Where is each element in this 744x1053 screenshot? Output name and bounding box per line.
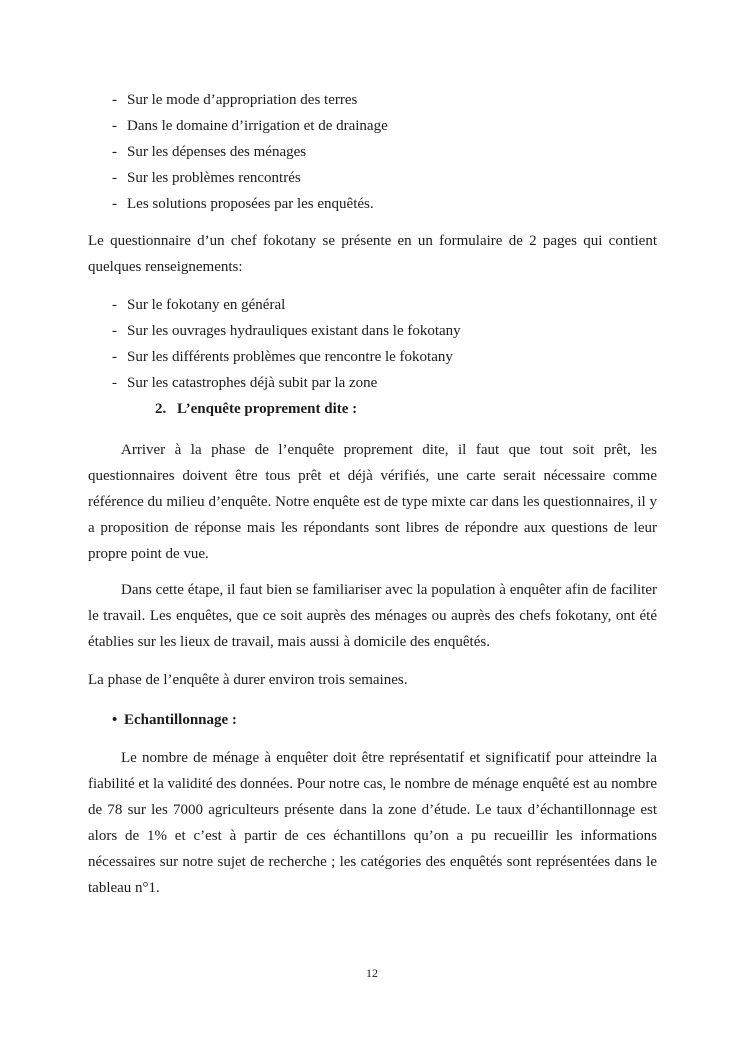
questionnaire-topics-list: - Sur le mode d’appropriation des terres… (88, 87, 657, 217)
page-number: 12 (0, 965, 744, 981)
list-item-text: Sur les dépenses des ménages (127, 139, 306, 165)
dash-marker: - (112, 113, 127, 139)
fokotany-info-list: - Sur le fokotany en général - Sur les o… (88, 292, 657, 396)
list-item-text: Sur les différents problèmes que rencont… (127, 344, 453, 370)
paragraph-questionnaire: Le questionnaire d’un chef fokotany se p… (88, 228, 657, 280)
list-item-text: Sur les catastrophes déjà subit par la z… (127, 370, 377, 396)
section-number: 2. (155, 396, 177, 422)
paragraph-arriver: Arriver à la phase de l’enquête propreme… (88, 437, 657, 567)
document-page: - Sur le mode d’appropriation des terres… (0, 0, 744, 1053)
dash-marker: - (112, 165, 127, 191)
list-item: - Sur les problèmes rencontrés (88, 165, 657, 191)
list-item-text: Les solutions proposées par les enquêtés… (127, 191, 374, 217)
heading-title: Echantillonnage : (124, 712, 237, 728)
list-item: - Sur le mode d’appropriation des terres (88, 87, 657, 113)
list-item-text: Sur les ouvrages hydrauliques existant d… (127, 318, 461, 344)
dash-marker: - (112, 344, 127, 370)
list-item: - Les solutions proposées par les enquêt… (88, 191, 657, 217)
paragraph-la-phase: La phase de l’enquête à durer environ tr… (88, 667, 657, 693)
section-heading-enquete: 2.L’enquête proprement dite : (155, 396, 657, 422)
dash-marker: - (112, 292, 127, 318)
list-item: - Sur les catastrophes déjà subit par la… (88, 370, 657, 396)
dash-marker: - (112, 370, 127, 396)
section-title: L’enquête proprement dite : (177, 401, 357, 417)
paragraph-dans-etape: Dans cette étape, il faut bien se famili… (88, 577, 657, 655)
list-item: - Sur les dépenses des ménages (88, 139, 657, 165)
list-item: - Dans le domaine d’irrigation et de dra… (88, 113, 657, 139)
list-item: - Sur les ouvrages hydrauliques existant… (88, 318, 657, 344)
list-item-text: Sur le mode d’appropriation des terres (127, 87, 357, 113)
dash-marker: - (112, 87, 127, 113)
heading-echantillonnage: •Echantillonnage : (112, 707, 657, 733)
list-item-text: Sur les problèmes rencontrés (127, 165, 301, 191)
list-item: - Sur les différents problèmes que renco… (88, 344, 657, 370)
paragraph-le-nombre: Le nombre de ménage à enquêter doit être… (88, 745, 657, 901)
list-item-text: Sur le fokotany en général (127, 292, 285, 318)
list-item-text: Dans le domaine d’irrigation et de drain… (127, 113, 388, 139)
list-item: - Sur le fokotany en général (88, 292, 657, 318)
dash-marker: - (112, 191, 127, 217)
bullet-icon: • (112, 707, 124, 733)
dash-marker: - (112, 139, 127, 165)
dash-marker: - (112, 318, 127, 344)
